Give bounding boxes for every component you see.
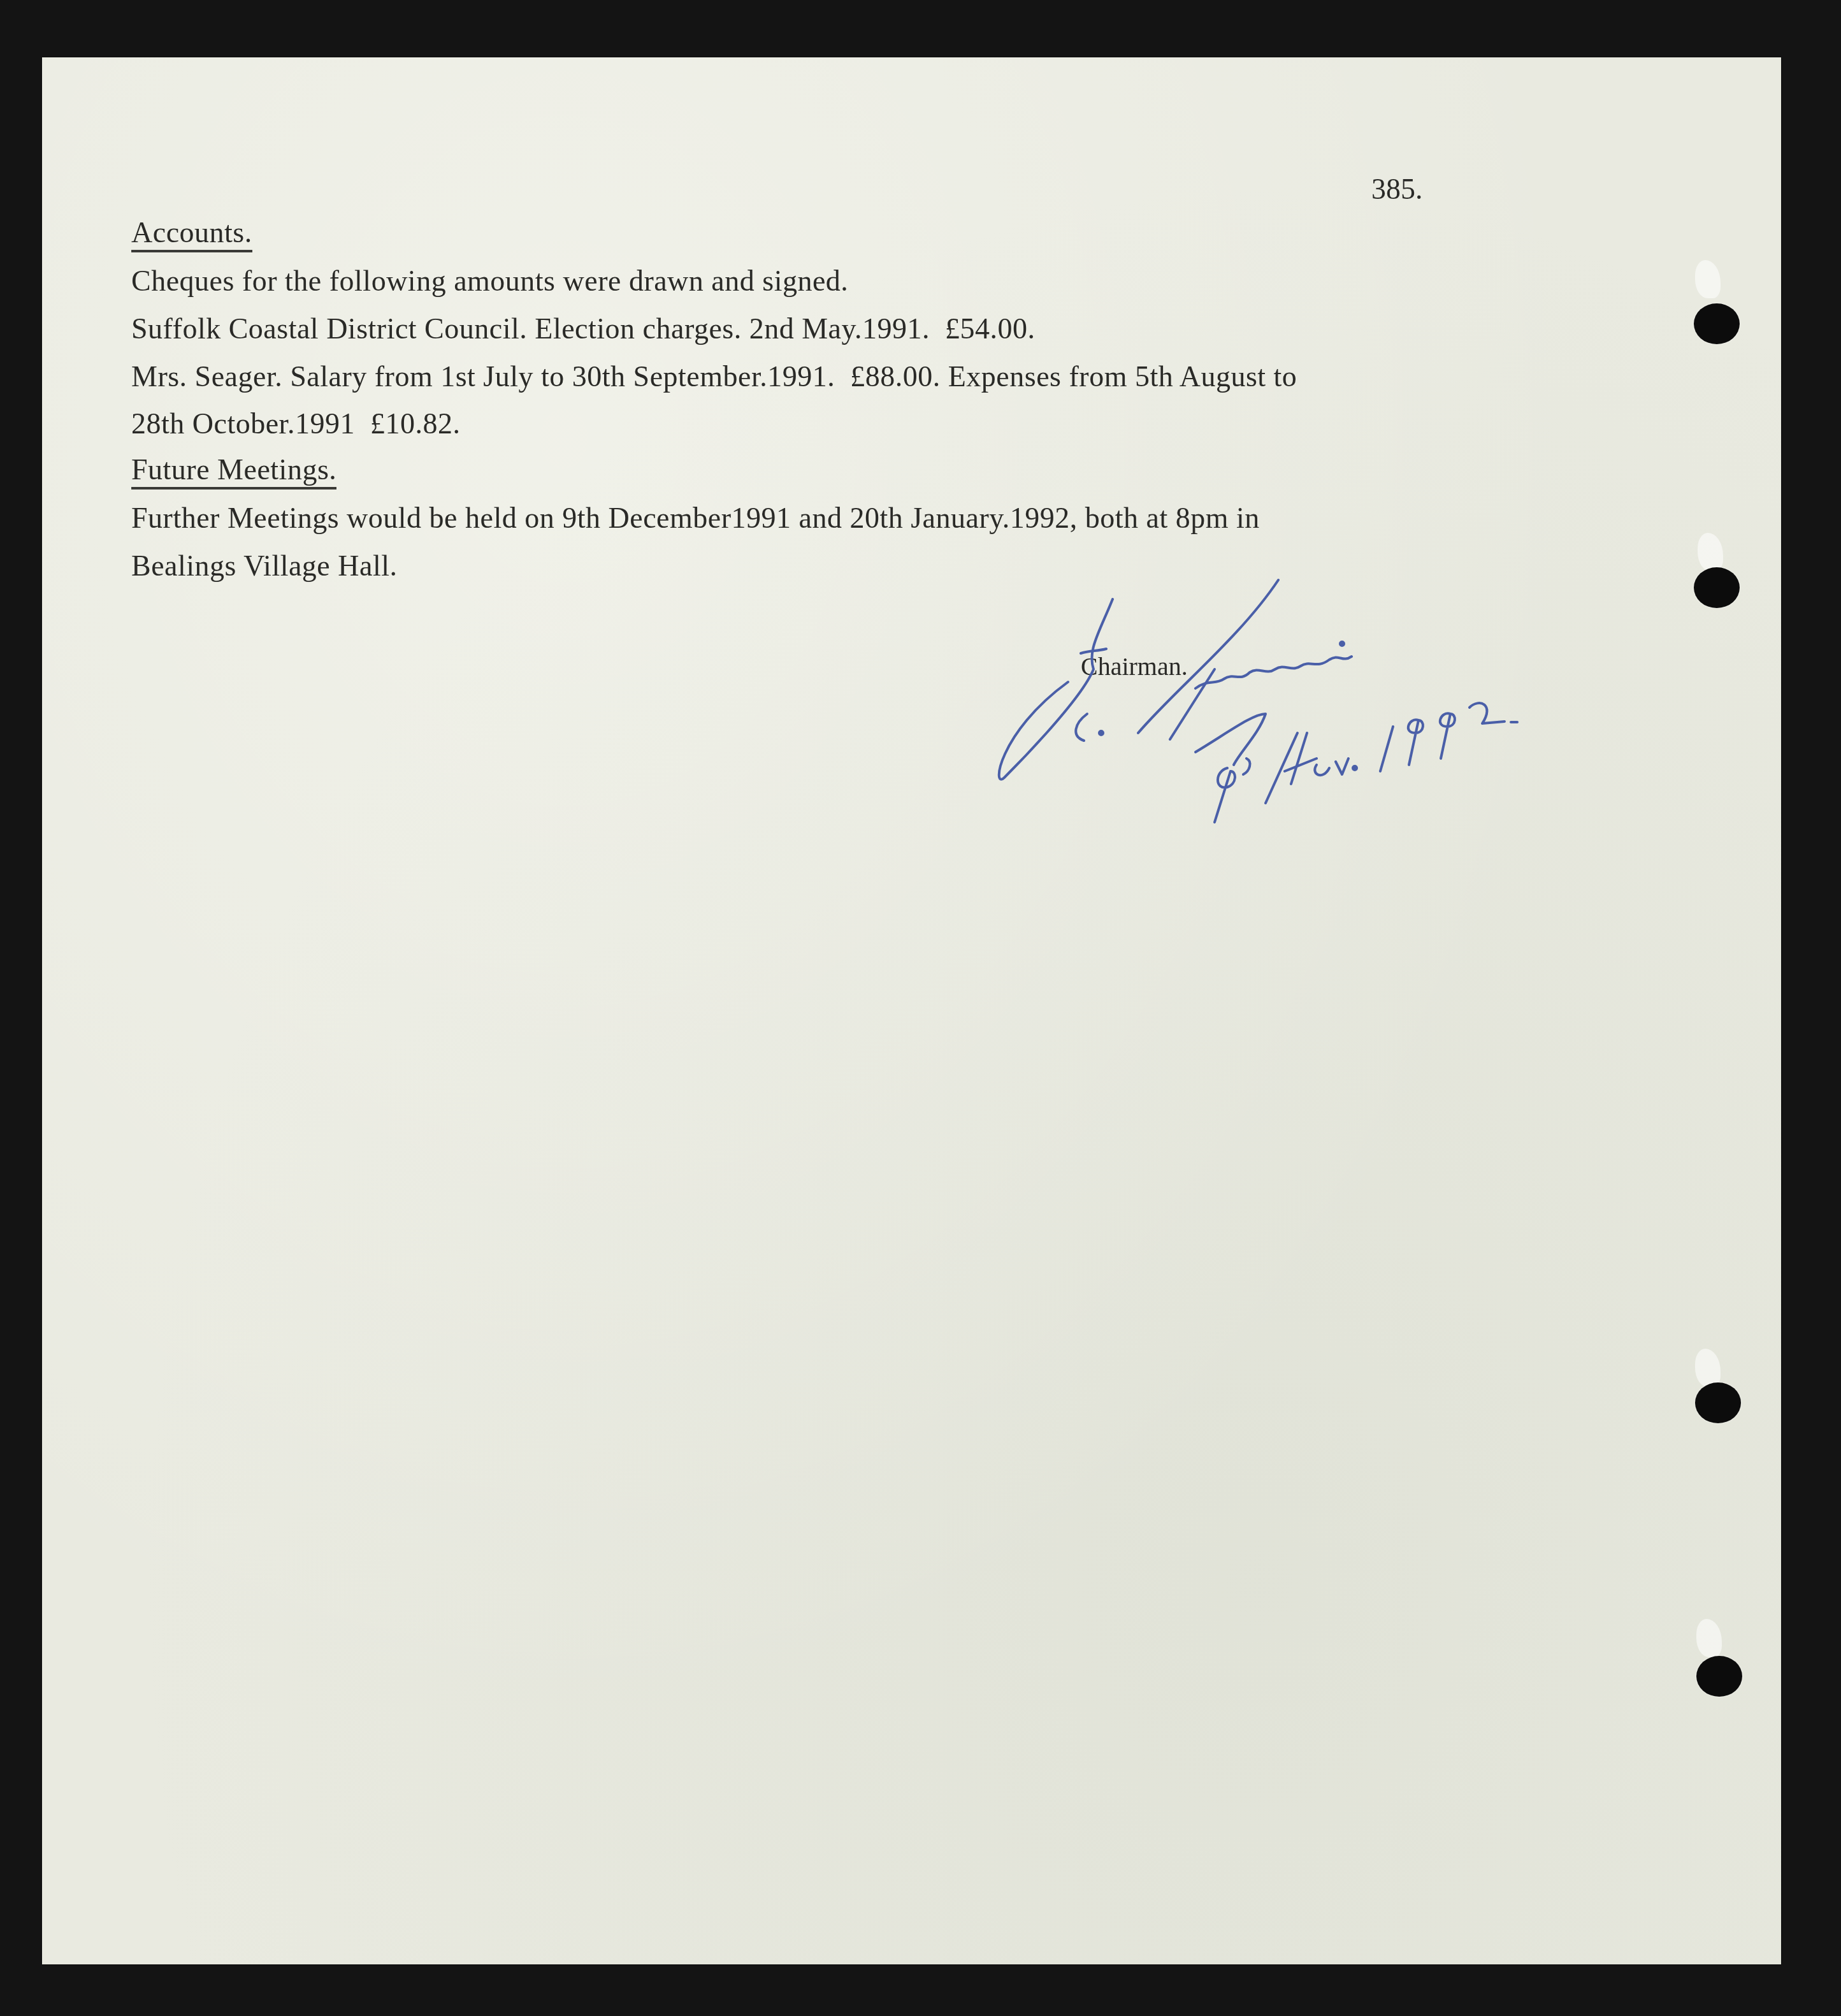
accounts-line-2: Suffolk Coastal District Council. Electi… <box>131 314 1036 344</box>
binder-hole-tear-2 <box>1698 533 1723 571</box>
binder-hole-2 <box>1694 567 1740 608</box>
future-meetings-line-1: Further Meetings would be held on 9th De… <box>131 504 1260 533</box>
handwritten-signature <box>985 542 1686 835</box>
binder-hole-4 <box>1696 1656 1742 1697</box>
binder-hole-tear-4 <box>1696 1619 1722 1657</box>
section-heading-accounts: Accounts. <box>131 218 252 252</box>
accounts-line-4: 28th October.1991 £10.82. <box>131 409 460 439</box>
section-heading-future-meetings: Future Meetings. <box>131 455 336 489</box>
accounts-line-1: Cheques for the following amounts were d… <box>131 266 848 296</box>
binder-hole-1 <box>1694 303 1740 344</box>
binder-hole-3 <box>1695 1382 1741 1423</box>
future-meetings-line-2: Bealings Village Hall. <box>131 551 397 581</box>
page-number: 385. <box>1371 172 1423 206</box>
binder-hole-tear-1 <box>1695 260 1721 298</box>
accounts-line-3: Mrs. Seager. Salary from 1st July to 30t… <box>131 362 1297 391</box>
binder-hole-tear-3 <box>1695 1349 1721 1387</box>
document-page: 385. Accounts. Cheques for the following… <box>42 57 1781 1964</box>
